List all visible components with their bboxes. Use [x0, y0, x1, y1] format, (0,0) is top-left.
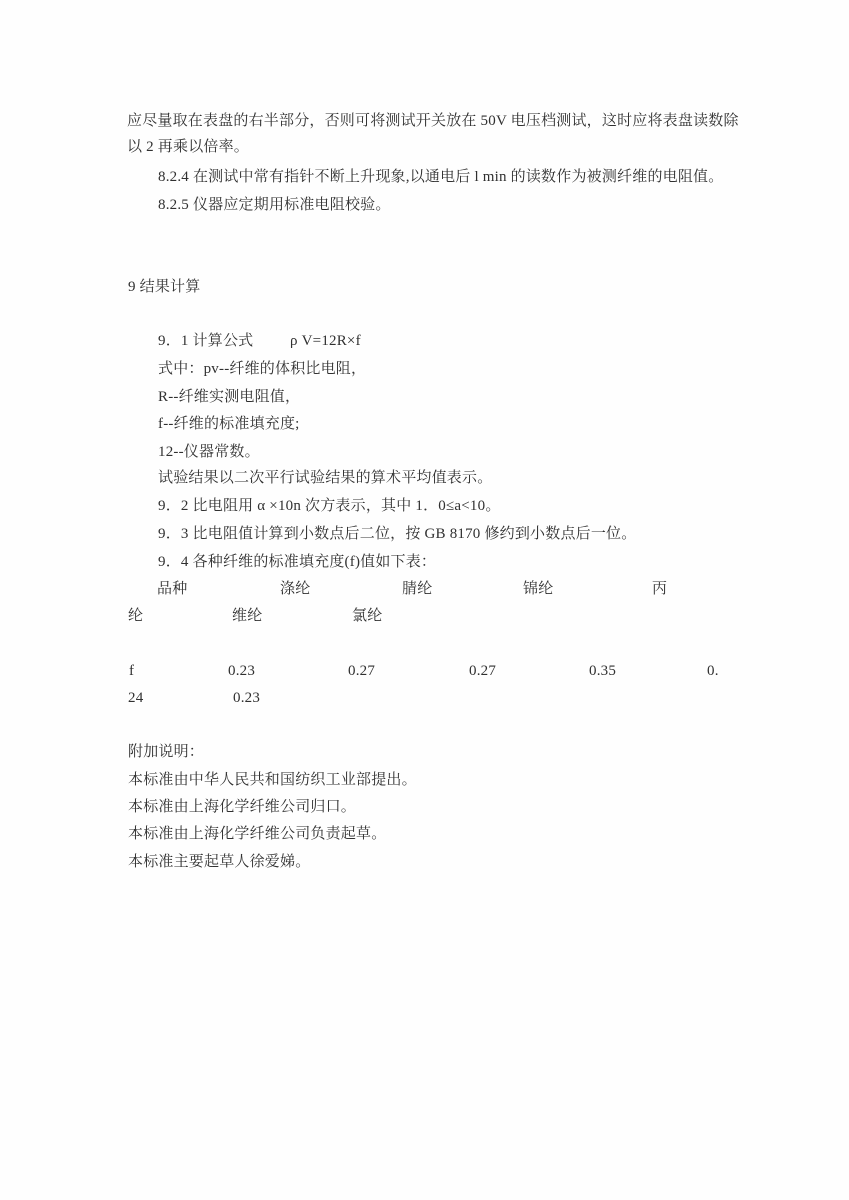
notes-line: 本标准由上海化学纤维公司归口。 — [128, 797, 356, 817]
table-header-row-2: 纶 维纶 氯纶 — [0, 606, 849, 626]
clause-9-2: 9．2 比电阻用 α ×10n 次方表示，其中 1．0≤a<10。 — [158, 496, 501, 516]
clause-9-1-label: 9．1 计算公式 — [158, 331, 253, 351]
result-note: 试验结果以二次平行试验结果的算术平均值表示。 — [158, 468, 492, 488]
document-page: 应尽量取在表盘的右半部分，否则可将测试开关放在 50V 电压档测试，这时应将表盘… — [0, 0, 849, 1200]
legend-line: R--纤维实测电阻值， — [158, 387, 300, 407]
table-value-row-2: 24 0.23 — [0, 688, 849, 708]
table-cell: 丙 — [652, 579, 667, 599]
notes-line: 本标准主要起草人徐爱娣。 — [128, 852, 310, 872]
paragraph-line: 以 2 再乘以倍率。 — [127, 137, 249, 157]
table-cell: 维纶 — [232, 606, 262, 626]
table-cell: 0.27 — [348, 661, 375, 681]
clause-9-4: 9．4 各种纤维的标准填充度(f)值如下表： — [158, 552, 436, 572]
clause-8-2-5: 8.2.5 仪器应定期用标准电阻校验。 — [158, 195, 391, 215]
formula: ρ V=12R×f — [290, 331, 361, 351]
table-cell: f — [129, 661, 134, 681]
legend-line: 式中：pv--纤维的体积比电阻， — [158, 359, 366, 379]
table-cell: 涤纶 — [280, 579, 310, 599]
table-cell: 纶 — [128, 606, 143, 626]
legend-line: f--纤维的标准填充度; — [158, 414, 300, 434]
section-heading: 9 结果计算 — [128, 277, 200, 297]
table-cell: 24 — [128, 688, 143, 708]
table-cell: 0.27 — [469, 661, 496, 681]
table-value-row-1: f 0.23 0.27 0.27 0.35 0. — [0, 661, 849, 681]
table-cell: 0.23 — [233, 688, 260, 708]
table-cell: 品种 — [157, 579, 187, 599]
notes-line: 本标准由上海化学纤维公司负责起草。 — [128, 824, 386, 844]
table-cell: 锦纶 — [523, 579, 553, 599]
clause-9-3: 9．3 比电阻值计算到小数点后二位，按 GB 8170 修约到小数点后一位。 — [158, 524, 636, 544]
clause-8-2-4: 8.2.4 在测试中常有指针不断上升现象,以通电后 l min 的读数作为被测纤… — [158, 167, 723, 187]
table-cell: 0. — [707, 661, 719, 681]
table-cell: 腈纶 — [402, 579, 432, 599]
notes-heading: 附加说明： — [128, 742, 204, 762]
table-cell: 氯纶 — [352, 606, 382, 626]
table-cell: 0.35 — [589, 661, 616, 681]
legend-line: 12--仪器常数。 — [158, 442, 260, 462]
table-cell: 0.23 — [228, 661, 255, 681]
notes-line: 本标准由中华人民共和国纺织工业部提出。 — [128, 770, 417, 790]
paragraph-line: 应尽量取在表盘的右半部分，否则可将测试开关放在 50V 电压档测试，这时应将表盘… — [127, 111, 739, 131]
table-header-row-1: 品种 涤纶 腈纶 锦纶 丙 — [0, 579, 849, 599]
